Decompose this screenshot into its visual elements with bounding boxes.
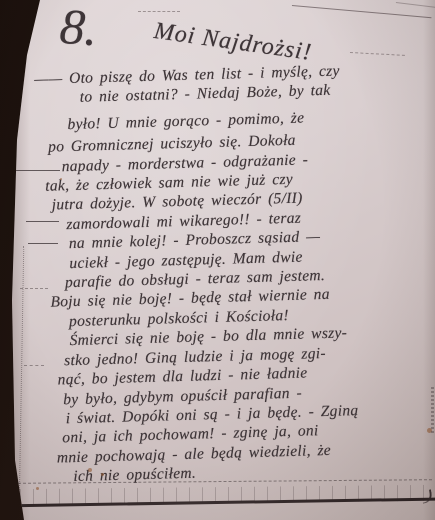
left-edge-shadow bbox=[0, 0, 30, 520]
stain-spot bbox=[60, 178, 62, 180]
pencil-line-top-right bbox=[292, 5, 432, 18]
margin-dash bbox=[16, 170, 60, 171]
letter-photo: 8. Moi Najdrożsi! —— Oto piszę do Was te… bbox=[0, 0, 435, 520]
salutation: Moi Najdrożsi! bbox=[152, 18, 313, 67]
page-number: 8. bbox=[58, 1, 99, 53]
stain-spot bbox=[101, 473, 104, 476]
margin-dash bbox=[20, 288, 48, 289]
letter-body: —— Oto piszę do Was ten list - i myślę, … bbox=[34, 59, 435, 488]
stain-spot bbox=[36, 487, 39, 490]
margin-dash bbox=[28, 243, 58, 244]
letter-paper: 8. Moi Najdrożsi! —— Oto piszę do Was te… bbox=[0, 0, 435, 520]
margin-dash bbox=[26, 221, 59, 222]
pencil-dash-heading bbox=[350, 52, 405, 56]
margin-dash bbox=[24, 365, 44, 366]
stain-spot bbox=[88, 468, 92, 472]
pencil-dash-top bbox=[138, 11, 180, 12]
edge-caption-marks bbox=[431, 385, 434, 433]
